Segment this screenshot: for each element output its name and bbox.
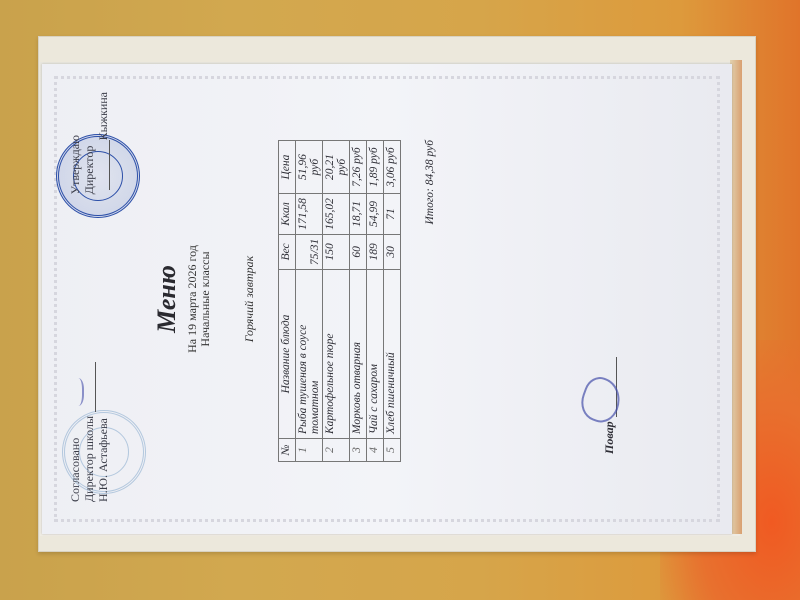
approval-block-right: Утверждаю Директор Кыжкина [68,92,110,194]
approval-right-line1: Утверждаю [68,92,82,194]
subtitle: На 19 марта 2026 год Начальные классы [186,64,212,534]
approval-right-line2: Директор [82,92,96,194]
header-num: № [279,439,296,462]
page-title: Меню [152,64,182,534]
header-weight: Вес [279,234,296,269]
group-line: Начальные классы [199,64,212,534]
table-row: 5 Хлеб пшеничный 30 71 3,06 руб [384,141,401,462]
table-row: 3 Морковь отварная 60 18,71 7,26 руб [350,141,367,462]
header-name: Название блюда [279,269,296,438]
total-price: Итого: 84,38 руб [424,140,436,314]
table-row: 1 Рыба тушеная в соусе томатном 75/31 17… [296,141,323,462]
approval-right-line3: Кыжкина [96,92,110,194]
header-kcal: Ккал [279,194,296,235]
director-signature-icon [70,378,84,406]
approval-left-line3: Н.Ю. Астафьева [96,362,110,502]
table-row: 4 Чай с сахаром 189 54,99 1,89 руб [367,141,384,462]
table-header-row: № Название блюда Вес Ккал Цена [279,141,296,462]
menu-table: № Название блюда Вес Ккал Цена 1 Рыба ту… [278,140,401,462]
header-price: Цена [279,141,296,194]
menu-page: Согласовано Директор школы Н.Ю. Астафьев… [42,64,732,534]
table-row: 2 Картофельное пюре 150 165,02 20,21 руб [323,141,350,462]
meal-heading: Горячий завтрак [242,64,257,534]
approval-left-line2: Директор школы [82,362,96,502]
menu-sheet-rotated: Согласовано Директор школы Н.Ю. Астафьев… [42,64,732,534]
